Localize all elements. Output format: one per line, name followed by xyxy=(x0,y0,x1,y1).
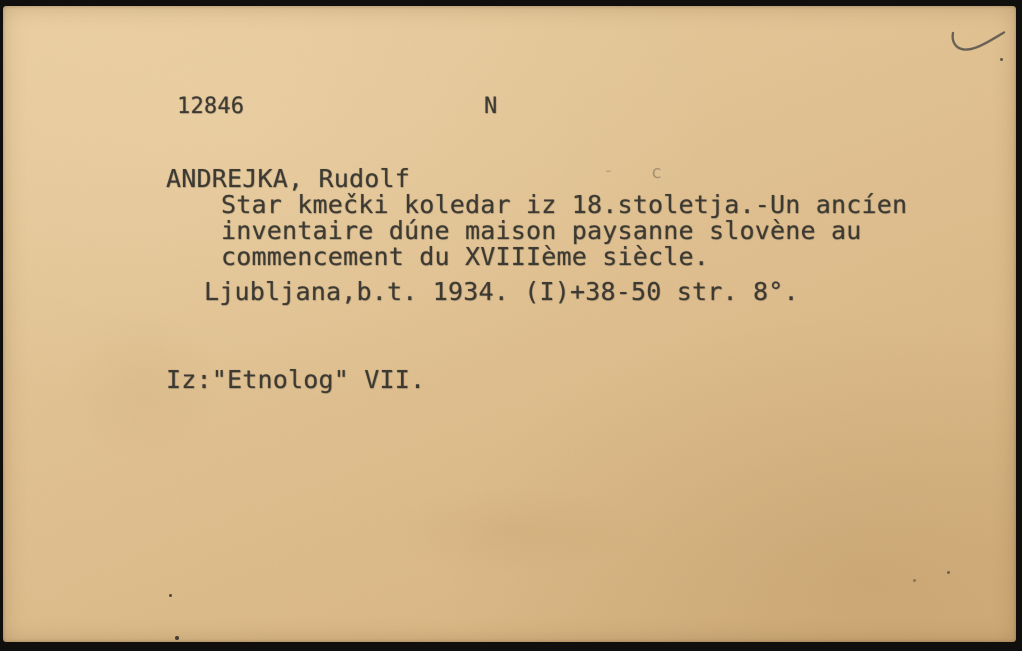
title-line-2: inventaire dúne maison paysanne slovène … xyxy=(221,218,862,244)
author-line: ANDREJKA, Rudolf xyxy=(166,166,410,192)
paper-stain xyxy=(383,486,643,576)
source-line: Iz:"Etnolog" VII. xyxy=(166,367,425,393)
ink-speck xyxy=(169,594,172,597)
stray-mark: c xyxy=(651,162,662,183)
catalog-card: 12846 N ANDREJKA, Rudolf Star kmečki kol… xyxy=(3,6,1016,642)
ink-speck xyxy=(1000,58,1003,61)
paper-texture xyxy=(3,6,1016,642)
stray-mark: - xyxy=(603,160,614,181)
imprint-line: Ljubljana,b.t. 1934. (I)+38-50 str. 8°. xyxy=(204,279,799,305)
title-line-1: Star kmečki koledar iz 18.stoletja.-Un a… xyxy=(221,192,907,218)
ink-speck xyxy=(947,571,950,574)
catalog-number: 12846 xyxy=(177,94,244,120)
ink-speck xyxy=(913,579,916,582)
handwritten-checkmark-icon xyxy=(947,26,1009,58)
ink-speck xyxy=(175,636,179,640)
section-letter: N xyxy=(484,94,497,120)
title-line-3: commencement du XVIIIème siècle. xyxy=(221,244,709,270)
